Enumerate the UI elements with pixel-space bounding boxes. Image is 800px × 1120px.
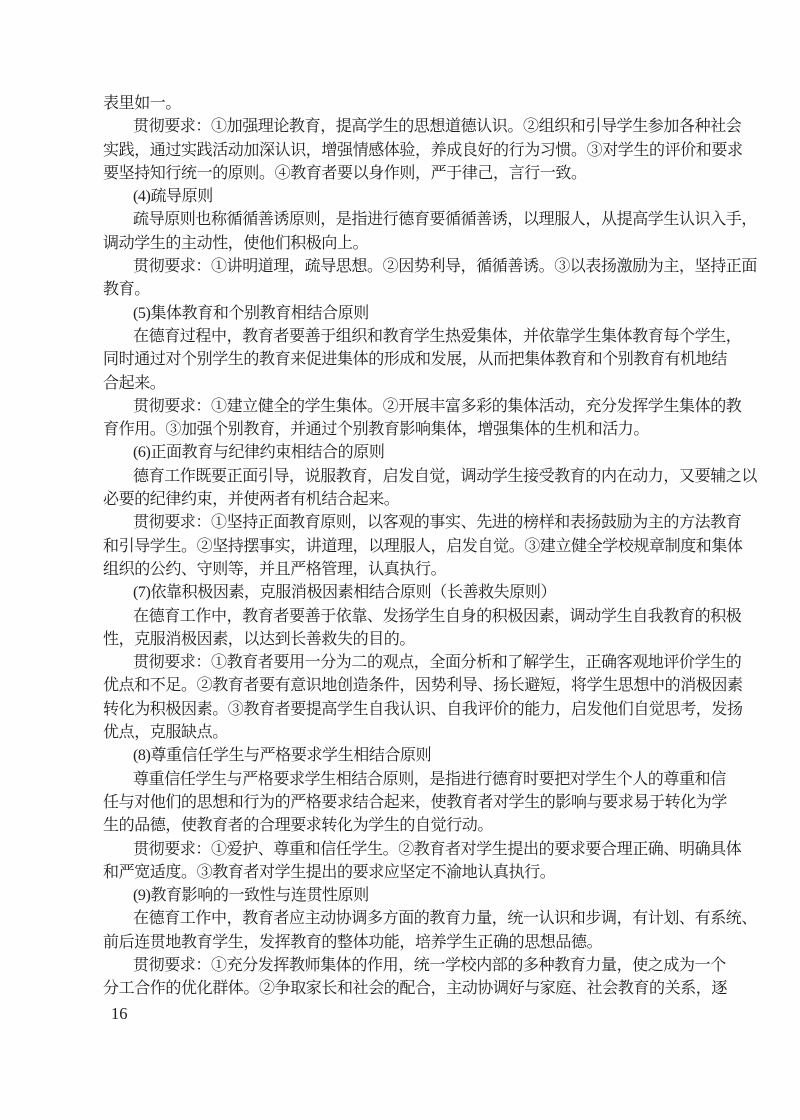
text-line: 贯彻要求：①爱护、尊重和信任学生。②教育者对学生提出的要求要合理正确、明确具体 xyxy=(103,838,739,861)
document-page: 表里如一。贯彻要求：①加强理论教育，提高学生的思想道德认识。②组织和引导学生参加… xyxy=(0,0,800,1120)
text-line: 德育工作既要正面引导，说服教育，启发自觉，调动学生接受教育的内在动力，又要辅之以 xyxy=(103,465,739,488)
section-heading-line: (5)集体教育和个别教育相结合原则 xyxy=(103,302,739,325)
text-line: 表里如一。 xyxy=(103,92,739,115)
text-line: 合起来。 xyxy=(103,372,739,395)
text-line: 育作用。③加强个别教育，并通过个别教育影响集体，增强集体的生机和活力。 xyxy=(103,418,739,441)
text-line: 贯彻要求：①充分发挥教师集体的作用，统一学校内部的多种教育力量，使之成为一个 xyxy=(103,954,739,977)
page-text: 表里如一。贯彻要求：①加强理论教育，提高学生的思想道德认识。②组织和引导学生参加… xyxy=(103,92,739,1001)
text-line: 分工合作的优化群体。②争取家长和社会的配合，主动协调好与家庭、社会教育的关系，逐 xyxy=(103,977,739,1000)
text-line: 和严宽适度。③教育者对学生提出的要求应坚定不渝地认真执行。 xyxy=(103,861,739,884)
text-line: 贯彻要求：①建立健全的学生集体。②开展丰富多彩的集体活动，充分发挥学生集体的教 xyxy=(103,395,739,418)
text-line: 贯彻要求：①坚持正面教育原则，以客观的事实、先进的榜样和表扬鼓励为主的方法教育 xyxy=(103,511,739,534)
text-line: 在德育过程中，教育者要善于组织和教育学生热爱集体，并依靠学生集体教育每个学生， xyxy=(103,325,739,348)
text-line: 贯彻要求：①讲明道理，疏导思想。②因势利导，循循善诱。③以表扬激励为主，坚持正面 xyxy=(103,255,739,278)
section-heading-line: (4)疏导原则 xyxy=(103,185,739,208)
text-line: 实践，通过实践活动加深认识，增强情感体验，养成良好的行为习惯。③对学生的评价和要… xyxy=(103,139,739,162)
text-line: 优点，克服缺点。 xyxy=(103,721,739,744)
text-line: 调动学生的主动性，使他们积极向上。 xyxy=(103,232,739,255)
text-line: 生的品德，使教育者的合理要求转化为学生的自觉行动。 xyxy=(103,814,739,837)
text-line: 任与对他们的思想和行为的严格要求结合起来，使教育者对学生的影响与要求易于转化为学 xyxy=(103,791,739,814)
text-line: 和引导学生。②坚持摆事实，讲道理，以理服人，启发自觉。③建立健全学校规章制度和集… xyxy=(103,535,739,558)
page-number: 16 xyxy=(111,1002,128,1025)
text-line: 尊重信任学生与严格要求学生相结合原则，是指进行德育时要把对学生个人的尊重和信 xyxy=(103,768,739,791)
text-line: 性，克服消极因素，以达到长善救失的目的。 xyxy=(103,628,739,651)
text-line: 前后连贯地教育学生，发挥教育的整体功能，培养学生正确的思想品德。 xyxy=(103,931,739,954)
text-line: 疏导原则也称循循善诱原则，是指进行德育要循循善诱，以理服人，从提高学生认识入手， xyxy=(103,208,739,231)
text-line: 组织的公约、守则等，并且严格管理，认真执行。 xyxy=(103,558,739,581)
text-line: 优点和不足。②教育者要有意识地创造条件，因势利导、扬长避短，将学生思想中的消极因… xyxy=(103,674,739,697)
section-heading-line: (6)正面教育与纪律约束相结合的原则 xyxy=(103,441,739,464)
text-line: 在德育工作中，教育者要善于依靠、发扬学生自身的积极因素，调动学生自我教育的积极 xyxy=(103,605,739,628)
section-heading-line: (7)依靠积极因素，克服消极因素相结合原则（长善救失原则） xyxy=(103,581,739,604)
text-line: 必要的纪律约束，并使两者有机结合起来。 xyxy=(103,488,739,511)
section-heading-line: (8)尊重信任学生与严格要求学生相结合原则 xyxy=(103,744,739,767)
text-line: 在德育工作中，教育者应主动协调多方面的教育力量，统一认识和步调，有计划、有系统、 xyxy=(103,907,739,930)
text-line: 转化为积极因素。③教育者要提高学生自我认识、自我评价的能力，启发他们自觉思考，发… xyxy=(103,698,739,721)
section-heading-line: (9)教育影响的一致性与连贯性原则 xyxy=(103,884,739,907)
text-line: 贯彻要求：①加强理论教育，提高学生的思想道德认识。②组织和引导学生参加各种社会 xyxy=(103,115,739,138)
text-line: 贯彻要求：①教育者要用一分为二的观点，全面分析和了解学生，正确客观地评价学生的 xyxy=(103,651,739,674)
text-line: 要坚持知行统一的原则。④教育者要以身作则，严于律己，言行一致。 xyxy=(103,162,739,185)
text-line: 同时通过对个别学生的教育来促进集体的形成和发展，从而把集体教育和个别教育有机地结 xyxy=(103,348,739,371)
text-line: 教育。 xyxy=(103,278,739,301)
